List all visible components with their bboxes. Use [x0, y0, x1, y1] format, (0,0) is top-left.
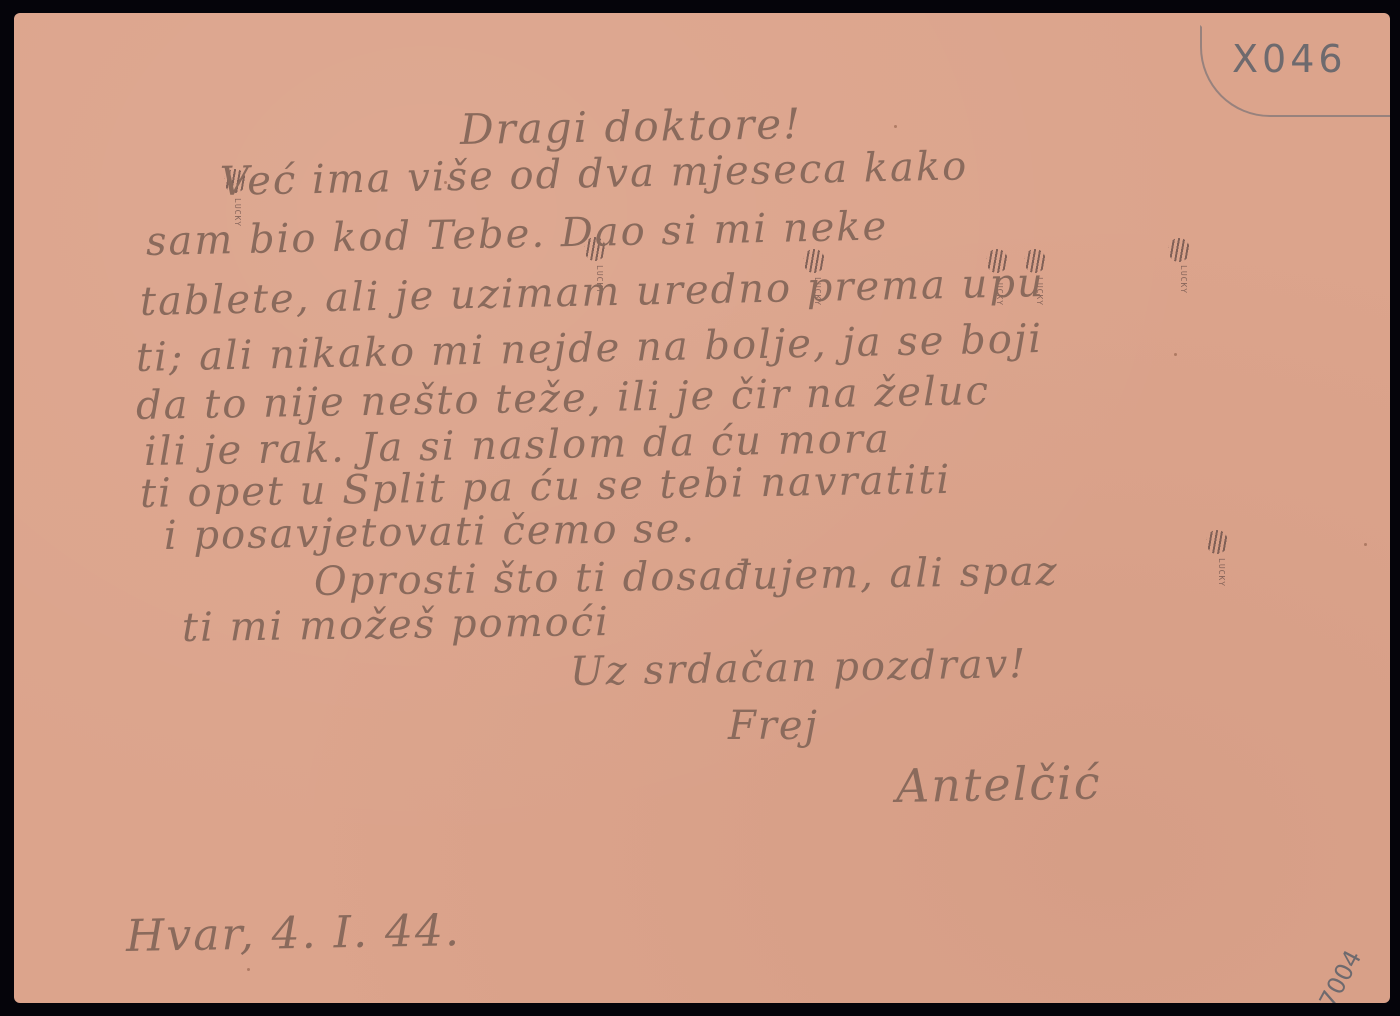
letter-greeting: Dragi doktore! [460, 99, 803, 154]
stamp-imprint [1206, 530, 1228, 554]
stamp-imprint-text: LUCKY [1217, 558, 1226, 587]
stamp-imprint [1168, 238, 1190, 262]
letter-line: Već ima više od dva mjeseca kako [220, 143, 969, 205]
letter-line: i posavjetovati čemo se. [164, 506, 697, 559]
letter-closing: Uz srdačan pozdrav! [570, 641, 1028, 695]
paper-speck [894, 125, 897, 128]
signature-first-name: Frej [728, 703, 819, 749]
letter-line: tablete, ali je uzimam uredno prema upu [140, 260, 1046, 325]
letter-date-place: Hvar, 4. I. 44. [126, 905, 462, 962]
postcard: X046 LUCKY LUCKY LUCKY LUCKY LUCKY LUCKY… [14, 13, 1390, 1003]
letter-line: Oprosti što ti dosađujem, ali spaz [314, 549, 1059, 605]
paper-speck [1174, 353, 1177, 356]
paper-speck [1364, 543, 1367, 546]
stamp-imprint-text: LUCKY [1179, 265, 1188, 294]
letter-line: sam bio kod Tebe. Dao si mi neke [146, 203, 889, 265]
paper-speck [247, 968, 250, 971]
corner-number: 7004 [1314, 945, 1367, 1003]
reference-mark: X046 [1232, 37, 1347, 81]
letter-line: ti mi možeš pomoći [182, 599, 611, 651]
signature-last-name: Antelčić [896, 755, 1102, 813]
